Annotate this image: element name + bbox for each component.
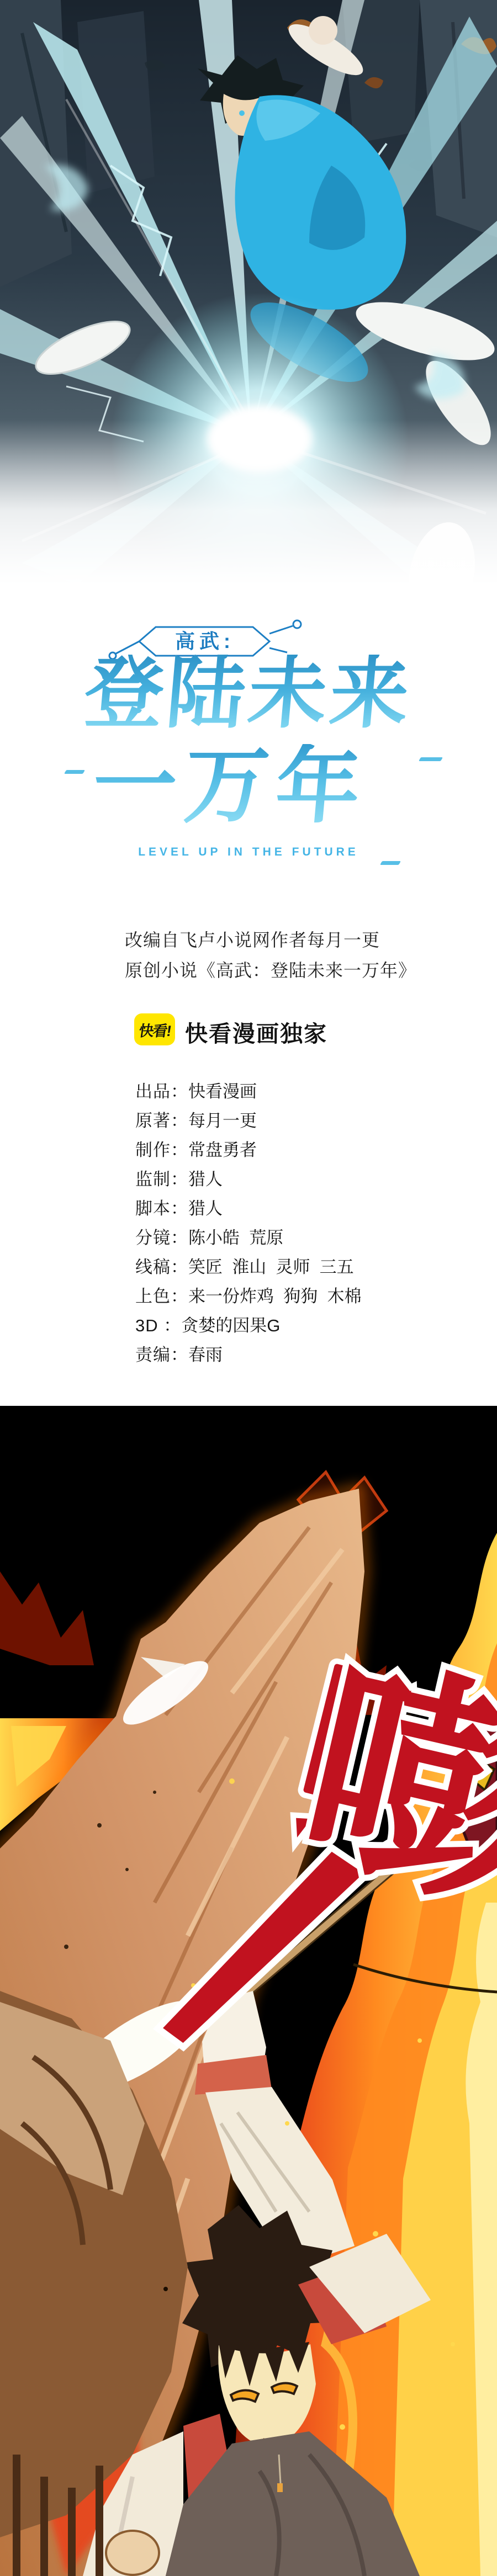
title-decoration-dash xyxy=(64,770,85,774)
credit-row-producer: 出品：快看漫画 xyxy=(135,1077,489,1107)
series-title-line-1: 登陆未来 xyxy=(0,655,497,733)
credits-list: 出品：快看漫画 原著：每月一更 制作：常盘勇者 监制：猎人 脚本：猎人 分镜：陈… xyxy=(135,1077,489,1370)
series-title-line-2: 一万年 xyxy=(89,744,438,828)
adaptation-source-line: 改编自飞卢小说网作者每月一更 xyxy=(125,926,380,952)
kuaikan-logo-text: 快看! xyxy=(138,1019,172,1040)
credit-row-production: 制作：常盘勇者 xyxy=(135,1136,489,1165)
title-decoration-dash xyxy=(419,757,443,761)
original-novel-line: 原创小说《高武：登陆未来一万年》 xyxy=(125,957,416,982)
necklace-pendant xyxy=(277,2483,283,2492)
credit-row-script: 脚本：猎人 xyxy=(135,1194,489,1224)
credit-row-editor: 责编：春雨 xyxy=(135,1341,489,1370)
credit-row-storyboard: 分镜：陈小皓 荒原 xyxy=(135,1224,489,1253)
credit-row-lineart: 线稿：笑匠 淮山 灵师 三五 xyxy=(135,1253,489,1282)
kuaikan-logo: 快看! xyxy=(134,1013,175,1045)
comic-panel: 嘭 xyxy=(0,1406,497,2576)
webtoon-page: 高武: 登陆未来 一万年 LEVEL UP IN THE FUTURE 改编自飞… xyxy=(0,0,497,2576)
logo-badge-label: 高武: xyxy=(175,630,235,652)
title-decoration-dash xyxy=(380,861,401,865)
hero-illustration xyxy=(0,0,497,585)
platform-exclusive-label: 快看漫画独家 xyxy=(185,1016,327,1048)
credit-row-3d: 3D ：贪婪的因果G xyxy=(135,1311,489,1341)
credit-row-supervisor: 监制：猎人 xyxy=(135,1165,489,1194)
credit-row-coloring: 上色：来一份炸鸡 狗狗 木棉 xyxy=(135,1282,489,1311)
credit-row-original-author: 原著：每月一更 xyxy=(135,1107,489,1136)
series-subtitle-english: LEVEL UP IN THE FUTURE xyxy=(0,846,497,859)
character-fist xyxy=(106,2531,159,2575)
